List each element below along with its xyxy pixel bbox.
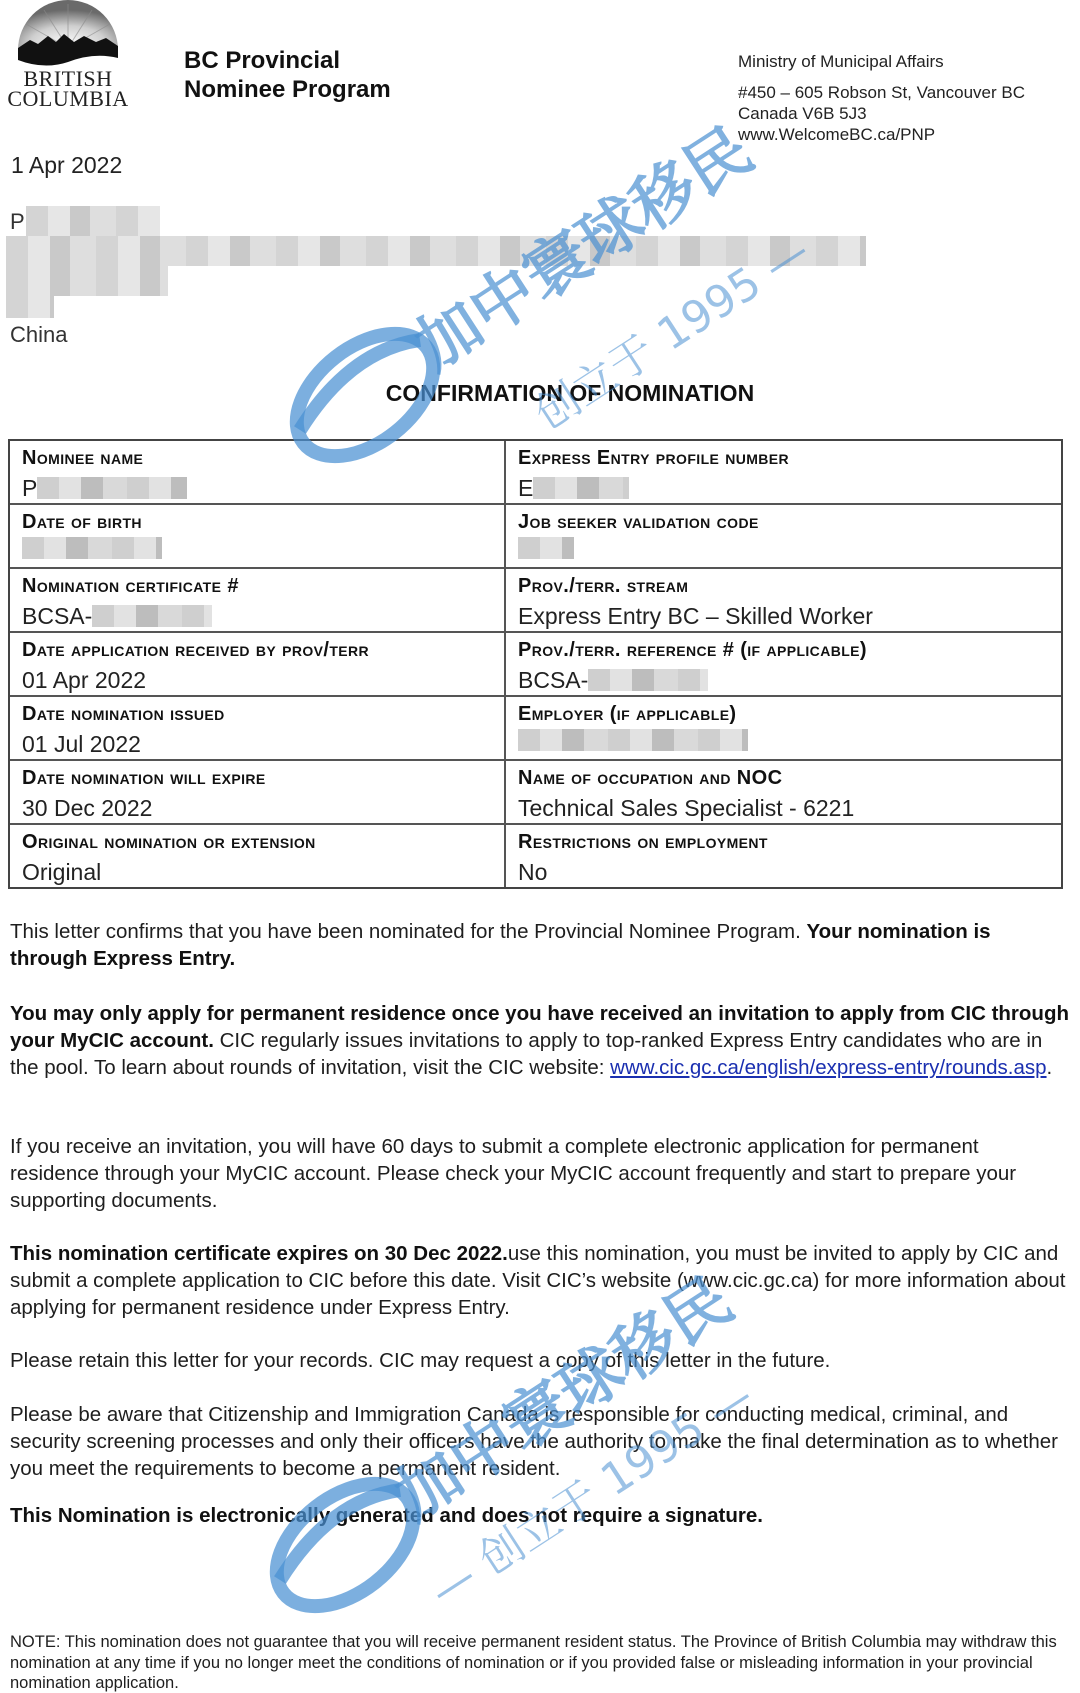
- redacted-value: [518, 537, 574, 559]
- sun-mountains-icon: [4, 0, 132, 66]
- field-nomination-certificate: Nomination certificate #BCSA-: [10, 569, 506, 631]
- paragraph-invitation: If you receive an invitation, you will h…: [10, 1133, 1070, 1214]
- field-value: [22, 537, 492, 559]
- nomination-details-table: Nominee namePExpress Entry profile numbe…: [8, 439, 1063, 889]
- field-label: Restrictions on employment: [518, 827, 1049, 857]
- program-title: BC Provincial Nominee Program: [184, 46, 391, 104]
- field-value: E: [518, 473, 1049, 503]
- field-value: 30 Dec 2022: [22, 793, 492, 823]
- ministry-address: #450 – 605 Robson St, Vancouver BC Canad…: [738, 82, 1025, 145]
- table-row: Original nomination or extensionOriginal…: [10, 825, 1061, 887]
- field-label: Name of occupation and NOC: [518, 763, 1049, 793]
- table-row: Date nomination issued01 Jul 2022Employe…: [10, 697, 1061, 761]
- paragraph-electronic: This Nomination is electronically genera…: [10, 1502, 1070, 1529]
- table-row: Date application received by prov/terr01…: [10, 633, 1061, 697]
- table-row: Date nomination will expire30 Dec 2022Na…: [10, 761, 1061, 825]
- paragraph-retain: Please retain this letter for your recor…: [10, 1347, 1070, 1374]
- field-value: [518, 729, 1049, 751]
- website-link[interactable]: www.WelcomeBC.ca/PNP: [738, 124, 1025, 145]
- field-value: No: [518, 857, 1049, 887]
- field-label: Date nomination issued: [22, 699, 492, 729]
- logo-text-columbia: COLUMBIA: [4, 86, 132, 112]
- field-label: Express Entry profile number: [518, 443, 1049, 473]
- field-date-of-birth: Date of birth: [10, 505, 506, 567]
- bc-logo: BRITISH COLUMBIA: [4, 0, 132, 112]
- field-date-application-received-by-prov-terr: Date application received by prov/terr01…: [10, 633, 506, 695]
- field-label: Date application received by prov/terr: [22, 635, 492, 665]
- field-value: Original: [22, 857, 492, 887]
- paragraph-apply-instructions: You may only apply for permanent residen…: [10, 1000, 1070, 1081]
- table-row: Nominee namePExpress Entry profile numbe…: [10, 441, 1061, 505]
- field-value: 01 Apr 2022: [22, 665, 492, 695]
- field-label: Date nomination will expire: [22, 763, 492, 793]
- redacted-recipient-address: [6, 236, 866, 266]
- document-title: CONFIRMATION OF NOMINATION: [0, 380, 1080, 407]
- field-date-nomination-issued: Date nomination issued01 Jul 2022: [10, 697, 506, 759]
- field-label: Employer (if applicable): [518, 699, 1049, 729]
- redacted-value: [92, 605, 212, 627]
- paragraph-confirmation: This letter confirms that you have been …: [10, 918, 1070, 972]
- redacted-value: [518, 729, 748, 751]
- field-job-seeker-validation-code: Job seeker validation code: [506, 505, 1061, 567]
- field-label: Original nomination or extension: [22, 827, 492, 857]
- field-restrictions-on-employment: Restrictions on employmentNo: [506, 825, 1061, 887]
- field-value: 01 Jul 2022: [22, 729, 492, 759]
- ministry-name: Ministry of Municipal Affairs: [738, 52, 944, 72]
- field-label: Prov./terr. reference # (if applicable): [518, 635, 1049, 665]
- field-value: BCSA-: [22, 601, 492, 631]
- field-name-of-occupation-and-noc: Name of occupation and NOCTechnical Sale…: [506, 761, 1061, 823]
- field-value: Technical Sales Specialist - 6221: [518, 793, 1049, 823]
- paragraph-screening: Please be aware that Citizenship and Imm…: [10, 1401, 1070, 1482]
- field-prov-terr-reference-if-applicable: Prov./terr. reference # (if applicable)B…: [506, 633, 1061, 695]
- field-employer-if-applicable: Employer (if applicable): [506, 697, 1061, 759]
- recipient-name: P: [10, 209, 25, 235]
- redacted-value: [37, 477, 187, 499]
- field-value: Express Entry BC – Skilled Worker: [518, 601, 1049, 631]
- field-nominee-name: Nominee nameP: [10, 441, 506, 503]
- table-row: Nomination certificate #BCSA-Prov./terr.…: [10, 569, 1061, 633]
- field-value: [518, 537, 1049, 559]
- redacted-value: [22, 537, 162, 559]
- field-label: Date of birth: [22, 507, 492, 537]
- field-label: Prov./terr. stream: [518, 571, 1049, 601]
- field-label: Job seeker validation code: [518, 507, 1049, 537]
- field-prov-terr-stream: Prov./terr. streamExpress Entry BC – Ski…: [506, 569, 1061, 631]
- field-date-nomination-will-expire: Date nomination will expire30 Dec 2022: [10, 761, 506, 823]
- field-label: Nominee name: [22, 443, 492, 473]
- field-label: Nomination certificate #: [22, 571, 492, 601]
- redacted-recipient-postal: [6, 296, 54, 318]
- redacted-recipient-name: [26, 206, 160, 236]
- recipient-country: China: [10, 322, 67, 348]
- footer-note: NOTE: This nomination does not guarantee…: [10, 1632, 1070, 1693]
- field-value: BCSA-: [518, 665, 1049, 695]
- redacted-value: [588, 669, 708, 691]
- field-original-nomination-or-extension: Original nomination or extensionOriginal: [10, 825, 506, 887]
- field-express-entry-profile-number: Express Entry profile numberE: [506, 441, 1061, 503]
- redacted-recipient-city: [6, 266, 168, 296]
- field-value: P: [22, 473, 492, 503]
- letter-date: 1 Apr 2022: [11, 152, 122, 179]
- paragraph-expiry: This nomination certificate expires on 3…: [10, 1240, 1070, 1321]
- watermark-top: 加中寰球移民 创立于 1995 —: [270, 140, 870, 480]
- globe-orbit-icon: [250, 1460, 450, 1630]
- redacted-value: [533, 477, 629, 499]
- cic-rounds-link[interactable]: www.cic.gc.ca/english/express-entry/roun…: [610, 1056, 1046, 1079]
- table-row: Date of birthJob seeker validation code: [10, 505, 1061, 569]
